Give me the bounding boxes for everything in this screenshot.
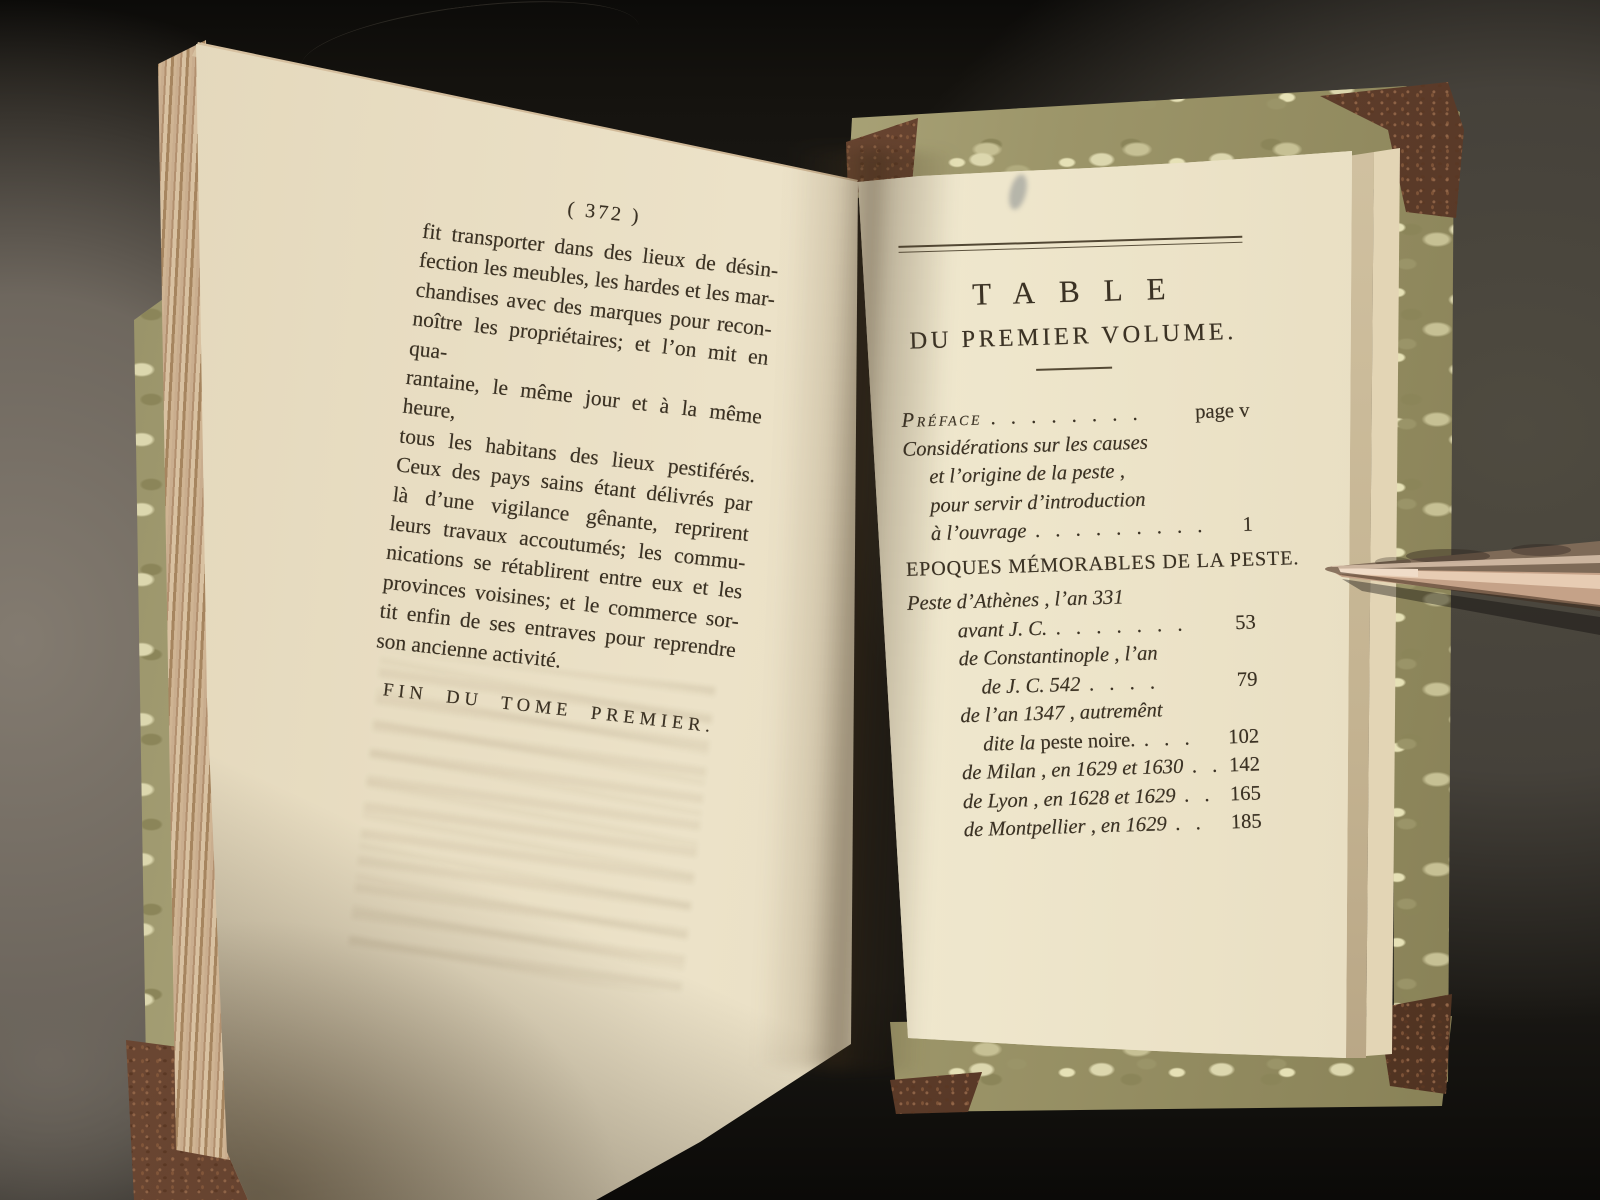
toc-leader-dots: . .: [1175, 809, 1203, 838]
show-through-ghost-text: [347, 650, 715, 996]
double-rule: [898, 236, 1242, 253]
toc-leader-dots: . . . .: [1089, 668, 1158, 699]
toc-label-roman: peste noire.: [1035, 726, 1136, 757]
toc-page-number: 53: [1227, 608, 1256, 637]
toc-label: de J. C. 542: [981, 670, 1081, 701]
toc-leader-dots: . . . . . . . . .: [1035, 512, 1205, 546]
toc-page-number: 1: [1234, 511, 1253, 540]
toc-leader-dots: . .: [1192, 752, 1220, 781]
toc-leader-dots: . . .: [1144, 724, 1193, 754]
toc-label: avant J. C.: [957, 614, 1047, 645]
toc-page-number: 79: [1228, 665, 1257, 694]
letter-opener-blade: [1298, 505, 1600, 655]
toc-page-number: 142: [1221, 750, 1261, 780]
table-title: TABLE: [897, 269, 1246, 315]
toc-label: Préface: [901, 405, 982, 436]
table-of-contents: Préface . . . . . . . . page v Considéra…: [901, 397, 1262, 847]
toc-label: dite la: [983, 729, 1036, 759]
right-page-text-block: TABLE DU PREMIER VOLUME. Préface . . . .…: [896, 222, 1262, 847]
toc-page-number: 185: [1222, 807, 1262, 837]
toc-page-number: 102: [1220, 722, 1260, 752]
table-subtitle: DU PREMIER VOLUME.: [899, 318, 1248, 356]
toc-label: de Montpellier , en 1629: [963, 810, 1167, 845]
photo-of-open-book: ( 372 ) fit transporter dans des lieux d…: [0, 0, 1600, 1200]
toc-leader-dots: . .: [1184, 780, 1212, 809]
short-rule: [1036, 367, 1112, 371]
toc-page-number: 165: [1222, 779, 1262, 809]
toc-label: EPOQUES MÉMORABLES DE LA PESTE.: [906, 544, 1300, 584]
toc-section-heading: EPOQUES MÉMORABLES DE LA PESTE.: [906, 545, 1255, 584]
toc-leader-dots: . . . . . . . .: [991, 400, 1141, 433]
toc-leader-dots: . . . . . . .: [1056, 610, 1186, 642]
toc-label: à l’ouvrage: [931, 517, 1027, 548]
toc-page-number: page v: [1187, 397, 1250, 427]
left-page-text-block: ( 372 ) fit transporter dans des lieux d…: [370, 182, 784, 740]
